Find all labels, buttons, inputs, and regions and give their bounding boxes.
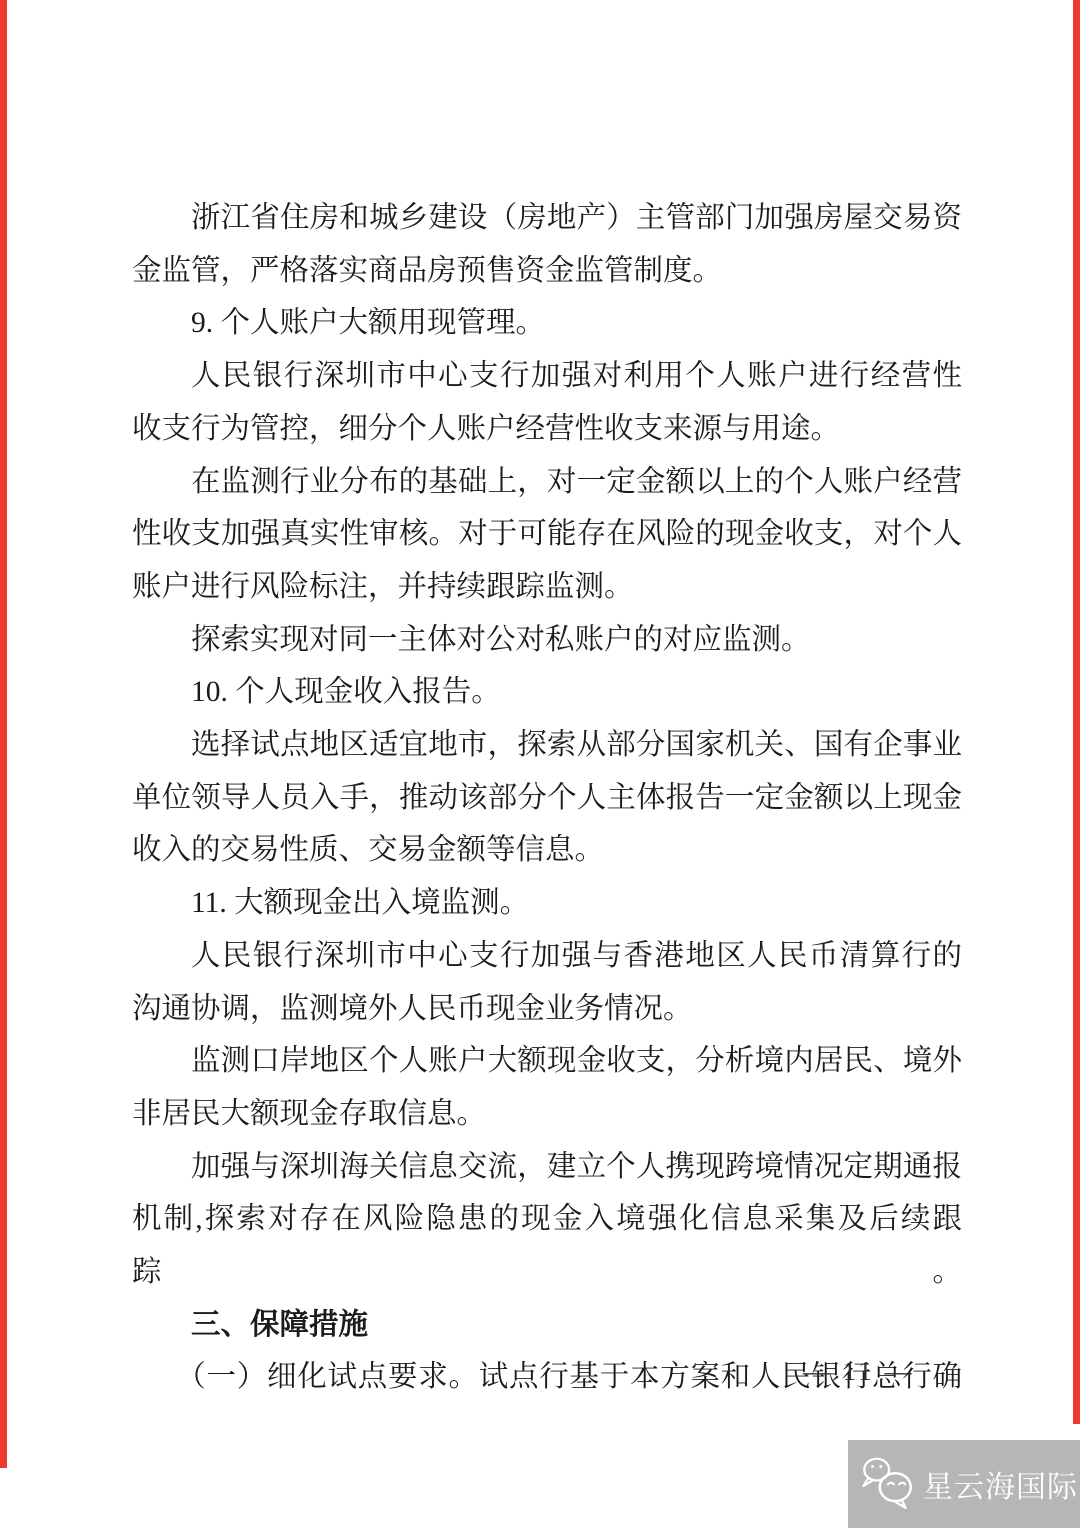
watermark-panel: 星云海国际 bbox=[848, 1440, 1080, 1528]
text-line: 探索实现对同一主体对公对私账户的对应监测。 bbox=[132, 614, 962, 667]
text-line: 人民银行深圳市中心支行加强对利用个人账户进行经营性 bbox=[132, 350, 962, 403]
brand-name: 星云海国际 bbox=[923, 1462, 1078, 1506]
text-line: 性收支加强真实性审核。对于可能存在风险的现金收支，对个人 bbox=[132, 508, 962, 561]
page-number: — 11 — bbox=[803, 1356, 915, 1387]
text-line: 浙江省住房和城乡建设（房地产）主管部门加强房屋交易资 bbox=[132, 192, 962, 245]
text-line: 选择试点地区适宜地市，探索从部分国家机关、国有企事业 bbox=[132, 719, 962, 772]
chat-bubbles-icon bbox=[856, 1453, 918, 1516]
text-line: 加强与深圳海关信息交流，建立个人携现跨境情况定期通报 bbox=[132, 1141, 962, 1194]
text-line: 10. 个人现金收入报告。 bbox=[132, 666, 962, 719]
text-line: 账户进行风险标注，并持续跟踪监测。 bbox=[132, 561, 962, 614]
text-line: 在监测行业分布的基础上，对一定金额以上的个人账户经营 bbox=[132, 456, 962, 509]
text-line: 收支行为管控，细分个人账户经营性收支来源与用途。 bbox=[132, 403, 962, 456]
text-line: 金监管，严格落实商品房预售资金监管制度。 bbox=[132, 245, 962, 298]
text-line: 三、保障措施 bbox=[132, 1299, 962, 1352]
text-line: 9. 个人账户大额用现管理。 bbox=[132, 297, 962, 350]
text-line: 非居民大额现金存取信息。 bbox=[132, 1088, 962, 1141]
text-line: 收入的交易性质、交易金额等信息。 bbox=[132, 824, 962, 877]
body-text-block: 浙江省住房和城乡建设（房地产）主管部门加强房屋交易资金监管，严格落实商品房预售资… bbox=[132, 192, 962, 1404]
page-border-left bbox=[0, 0, 7, 1468]
text-line: 机制,探索对存在风险隐患的现金入境强化信息采集及后续跟踪。 bbox=[132, 1193, 962, 1298]
text-line: 人民银行深圳市中心支行加强与香港地区人民币清算行的 bbox=[132, 930, 962, 983]
document-page: 浙江省住房和城乡建设（房地产）主管部门加强房屋交易资金监管，严格落实商品房预售资… bbox=[0, 0, 1080, 1528]
page-border-right bbox=[1073, 0, 1080, 1424]
text-line: 沟通协调，监测境外人民币现金业务情况。 bbox=[132, 983, 962, 1036]
text-line: 监测口岸地区个人账户大额现金收支，分析境内居民、境外 bbox=[132, 1035, 962, 1088]
text-line: 11. 大额现金出入境监测。 bbox=[132, 877, 962, 930]
text-line: 单位领导人员入手，推动该部分个人主体报告一定金额以上现金 bbox=[132, 772, 962, 825]
